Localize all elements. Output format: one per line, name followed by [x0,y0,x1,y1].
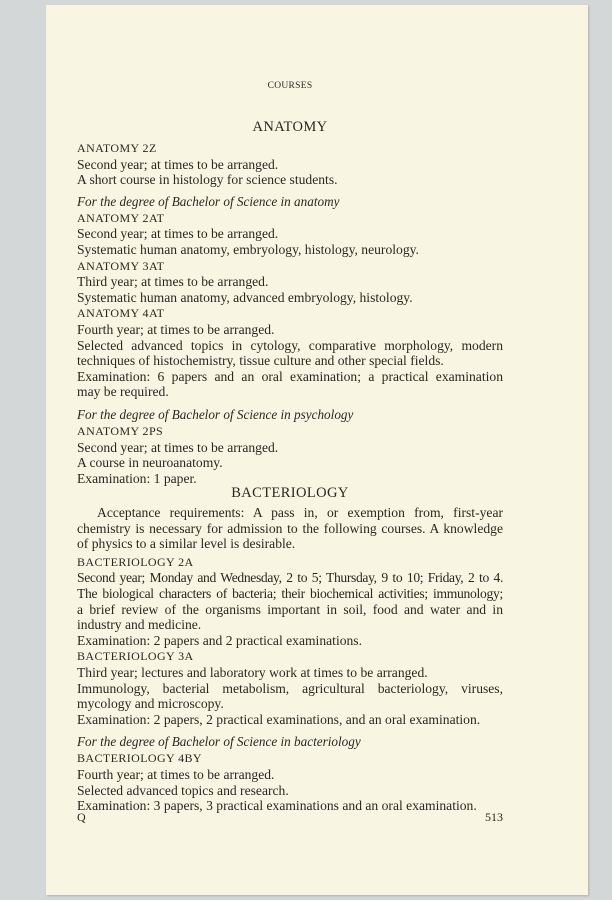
course-description: Systematic human anatomy, embryology, hi… [77,242,503,258]
course-description: A course in neuroanatomy. [77,455,503,471]
course-anatomy-2at: ANATOMY 2AT Second year; at times to be … [77,211,503,258]
course-anatomy-2z: ANATOMY 2Z Second year; at times to be a… [77,141,503,188]
course-description-line: mycology and microscopy. [77,696,503,712]
course-code: ANATOMY 2Z [77,141,503,157]
course-schedule: Third year; at times to be arranged. [77,274,503,290]
course-description-line: Immunology, bacterial metabolism, agricu… [77,681,503,697]
acceptance-line: of physics to a similar level is desirab… [77,536,503,552]
course-code: ANATOMY 3AT [77,259,503,275]
course-description-line: a brief review of the organisms importan… [77,602,503,618]
course-anatomy-3at: ANATOMY 3AT Third year; at times to be a… [77,259,503,306]
course-anatomy-4at: ANATOMY 4AT Fourth year; at times to be … [77,306,503,400]
degree-heading-psychology: For the degree of Bachelor of Science in… [77,407,503,423]
course-code: BACTERIOLOGY 4BY [77,751,503,767]
course-exam-line: Examination: 6 papers and an oral examin… [77,369,503,385]
section-title-anatomy: ANATOMY [77,117,503,137]
course-bacteriology-2a: BACTERIOLOGY 2A Second year; Monday and … [77,555,503,649]
bacteriology-section: BACTERIOLOGY Acceptance requirements: A … [77,483,503,814]
section-title-bacteriology: BACTERIOLOGY [77,483,503,503]
course-exam: Examination: 2 papers, 2 practical exami… [77,712,503,728]
course-description: A short course in histology for science … [77,172,503,188]
course-description-line: industry and medicine. [77,617,503,633]
course-code: ANATOMY 2AT [77,211,503,227]
acceptance-line: chemistry is necessary for admission to … [77,521,503,537]
course-exam: Examination: 2 papers and 2 practical ex… [77,633,503,649]
course-bacteriology-4by: BACTERIOLOGY 4BY Fourth year; at times t… [77,751,503,813]
page-number: 513 [485,810,503,825]
course-schedule: Second year; at times to be arranged. [77,440,503,456]
signature-mark: Q [77,810,86,825]
course-description: Systematic human anatomy, advanced embry… [77,290,503,306]
course-description: Selected advanced topics and research. [77,783,503,799]
course-exam-line: may be required. [77,384,503,400]
course-description-line: Selected advanced topics in cytology, co… [77,338,503,354]
course-exam: Examination: 3 papers, 3 practical exami… [77,798,503,814]
course-code: BACTERIOLOGY 2A [77,555,503,571]
course-code: ANATOMY 2PS [77,424,503,440]
course-schedule: Fourth year; at times to be arranged. [77,767,503,783]
course-description-line: The biological characters of bacteria; t… [77,586,503,602]
course-anatomy-2ps: ANATOMY 2PS Second year; at times to be … [77,424,503,486]
book-page: COURSES ANATOMY ANATOMY 2Z Second year; … [46,5,588,895]
course-code: BACTERIOLOGY 3A [77,649,503,665]
course-schedule: Second year; Monday and Wednesday, 2 to … [77,570,503,586]
course-schedule: Fourth year; at times to be arranged. [77,322,503,338]
course-description-line: techniques of histochemistry, tissue cul… [77,353,503,369]
course-bacteriology-3a: BACTERIOLOGY 3A Third year; lectures and… [77,649,503,727]
anatomy-section: ANATOMY ANATOMY 2Z Second year; at times… [77,117,503,486]
course-schedule: Third year; lectures and laboratory work… [77,665,503,681]
course-schedule: Second year; at times to be arranged. [77,226,503,242]
acceptance-requirements: Acceptance requirements: A pass in, or e… [77,505,503,552]
course-code: ANATOMY 4AT [77,306,503,322]
course-schedule: Second year; at times to be arranged. [77,157,503,173]
degree-heading-bacteriology: For the degree of Bachelor of Science in… [77,734,503,750]
acceptance-line: Acceptance requirements: A pass in, or e… [77,505,503,521]
running-head: COURSES [77,81,503,91]
degree-heading-anatomy: For the degree of Bachelor of Science in… [77,194,503,210]
